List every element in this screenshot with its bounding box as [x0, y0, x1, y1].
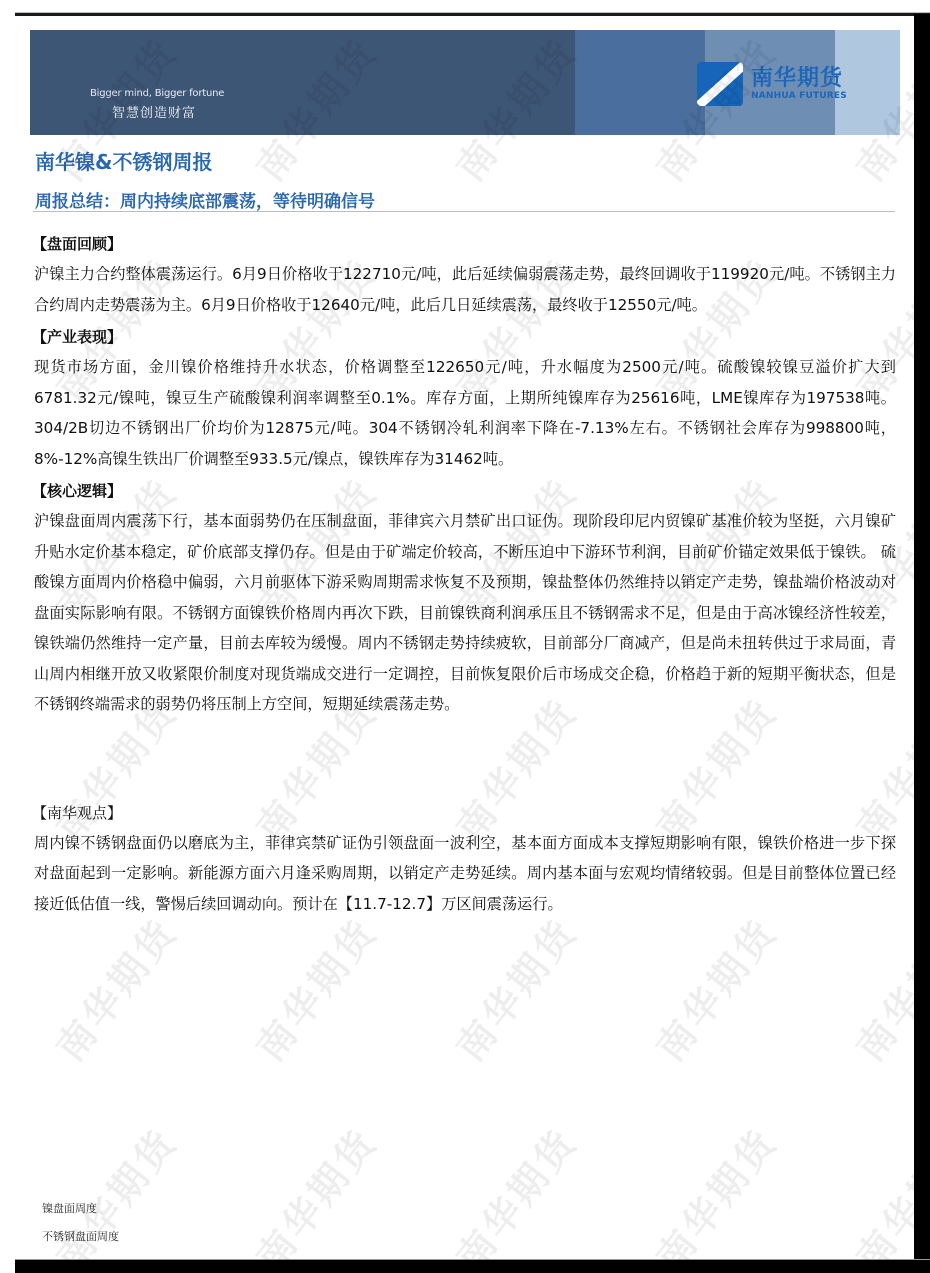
report-subtitle: 周报总结：周内持续底部震荡，等待明确信号 [35, 187, 375, 212]
section-heading: 【核心逻辑】 [32, 476, 896, 506]
page-right-shadow [914, 14, 930, 1273]
section-core-logic: 【核心逻辑】 沪镍盘面周内震荡下行，基本面弱势仍在压制盘面，菲律宾六月禁矿出口证… [34, 476, 896, 720]
section-heading: 【南华观点】 [32, 798, 896, 828]
section-nanhua-view: 【南华观点】 周内镍不锈钢盘面仍以磨底为主，菲律宾禁矿证伪引领盘面一波利空，基本… [34, 798, 896, 920]
section-paragraph: 现货市场方面，金川镍价格维持升水状态，价格调整至122650元/吨，升水幅度为2… [34, 352, 896, 474]
watermark: 南华期货 [641, 1114, 788, 1273]
watermark: 南华期货 [41, 1114, 188, 1273]
section-heading: 【产业表现】 [32, 322, 896, 352]
watermark: 南华期货 [441, 1114, 588, 1273]
watermark: 南华期货 [241, 904, 388, 1070]
section-market-review: 【盘面回顾】 沪镍主力合约整体震荡运行。6月9日价格收于122710元/吨，此后… [34, 229, 896, 320]
banner-segment-medium [575, 30, 705, 135]
nickel-weekly-chart-label: 镍盘面周度 [42, 1200, 97, 1216]
report-title: 南华镍&不锈钢周报 [35, 146, 212, 175]
watermark: 南华期货 [641, 904, 788, 1070]
logo-mark-icon [697, 62, 743, 106]
report-body: 【盘面回顾】 沪镍主力合约整体震荡运行。6月9日价格收于122710元/吨，此后… [34, 229, 896, 919]
logo-chinese-name: 南华期货 [751, 67, 847, 91]
section-paragraph: 沪镍主力合约整体震荡运行。6月9日价格收于122710元/吨，此后延续偏弱震荡走… [34, 259, 896, 320]
title-divider [33, 211, 895, 212]
company-logo: 南华期货 NANHUA FUTURES [697, 62, 847, 106]
slogan-english: Bigger mind, Bigger fortune [90, 88, 224, 99]
page-top-border [15, 12, 930, 16]
stainless-weekly-chart-label: 不锈钢盘面周度 [42, 1228, 119, 1244]
watermark: 南华期货 [441, 904, 588, 1070]
section-industry-performance: 【产业表现】 现货市场方面，金川镍价格维持升水状态，价格调整至122650元/吨… [34, 322, 896, 474]
section-heading: 【盘面回顾】 [32, 229, 896, 259]
watermark: 南华期货 [41, 904, 188, 1070]
section-paragraph: 周内镍不锈钢盘面仍以磨底为主，菲律宾禁矿证伪引领盘面一波利空，基本面方面成本支撑… [34, 828, 896, 920]
watermark: 南华期货 [241, 1114, 388, 1273]
logo-english-name: NANHUA FUTURES [751, 91, 847, 101]
slogan-chinese: 智慧创造财富 [112, 102, 196, 121]
banner-segment-dark: Bigger mind, Bigger fortune 智慧创造财富 [30, 30, 575, 135]
section-paragraph: 沪镍盘面周内震荡下行，基本面弱势仍在压制盘面，菲律宾六月禁矿出口证伪。现阶段印尼… [34, 506, 896, 720]
page-bottom-shadow [15, 1259, 930, 1273]
